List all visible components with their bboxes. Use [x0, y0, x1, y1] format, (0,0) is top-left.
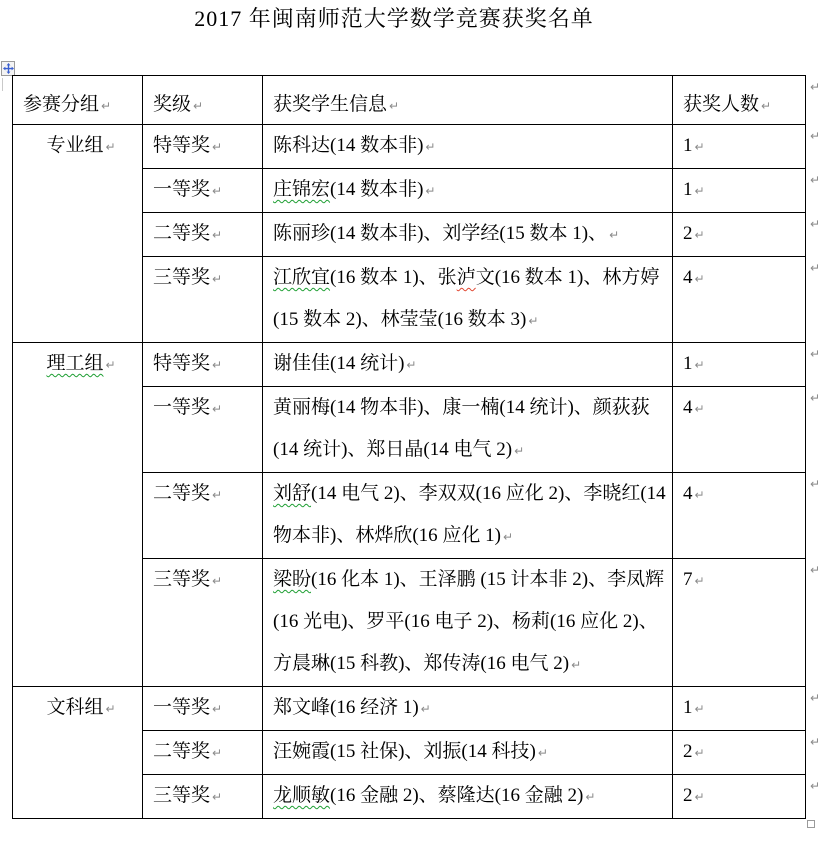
misspelled-text-red: 泸: [457, 267, 476, 288]
students-cell[interactable]: 江欣宜(16 数本 1)、张泸文(16 数本 1)、林方婷(15 数本 2)、林…: [263, 257, 673, 343]
move-arrows-icon: [3, 63, 14, 74]
cell-paragraph-mark-icon: ↵: [425, 126, 435, 168]
document-page: 2017 年闽南师范大学数学竞赛获奖名单 参赛分组↵奖级↵获奖学生信息↵获奖人数…: [0, 0, 820, 850]
end-of-row-mark-icon: ↵: [810, 348, 820, 360]
table-header-row: 参赛分组↵奖级↵获奖学生信息↵获奖人数↵: [13, 76, 806, 125]
students-cell[interactable]: 汪婉霞(15 社保)、刘振(14 科技)↵: [263, 731, 673, 775]
student-text: (14 电气 2)、李双双(16 应化 2)、李晓红(14 物本非)、林烨欣(1…: [273, 483, 666, 546]
end-of-row-mark-icon: ↵: [810, 392, 820, 404]
students-cell[interactable]: 庄锦宏(14 数本非)↵: [263, 169, 673, 213]
cell-paragraph-mark-icon: ↵: [425, 170, 435, 212]
group-name: 专业组: [46, 135, 103, 156]
count-cell[interactable]: 1↵: [673, 687, 806, 731]
award-level: 二等奖: [153, 741, 210, 762]
award-level: 特等奖: [153, 135, 210, 156]
column-header-3[interactable]: 获奖人数↵: [673, 76, 806, 125]
cell-paragraph-mark-icon: ↵: [105, 126, 115, 168]
cell-paragraph-mark-icon: ↵: [695, 776, 705, 818]
column-header-1[interactable]: 奖级↵: [143, 76, 263, 125]
award-cell[interactable]: 三等奖↵: [143, 257, 263, 343]
cell-paragraph-mark-icon: ↵: [212, 732, 222, 774]
award-cell[interactable]: 二等奖↵: [143, 731, 263, 775]
winner-count: 4: [683, 267, 693, 288]
cell-paragraph-mark-icon: ↵: [695, 170, 705, 212]
document-title[interactable]: 2017 年闽南师范大学数学竞赛获奖名单: [0, 4, 790, 34]
count-cell[interactable]: 4↵: [673, 473, 806, 559]
page-margin-mark: [2, 78, 3, 91]
cell-paragraph-mark-icon: ↵: [421, 688, 431, 730]
students-cell[interactable]: 梁盼(16 化本 1)、王泽鹏 (15 计本非 2)、李凤辉(16 光电)、罗平…: [263, 559, 673, 687]
cell-paragraph-mark-icon: ↵: [695, 688, 705, 730]
cell-paragraph-mark-icon: ↵: [212, 560, 222, 602]
award-cell[interactable]: 二等奖↵: [143, 473, 263, 559]
award-cell[interactable]: 特等奖↵: [143, 343, 263, 387]
column-header-0[interactable]: 参赛分组↵: [13, 76, 143, 125]
cell-paragraph-mark-icon: ↵: [571, 644, 581, 686]
cell-paragraph-mark-icon: ↵: [212, 258, 222, 300]
award-level: 二等奖: [153, 223, 210, 244]
students-cell[interactable]: 陈丽珍(14 数本非)、刘学经(15 数本 1)、↵: [263, 213, 673, 257]
misspelled-text-green: 庄锦宏: [273, 179, 330, 200]
students-cell[interactable]: 郑文峰(16 经济 1)↵: [263, 687, 673, 731]
students-cell[interactable]: 黄丽梅(14 物本非)、康一楠(14 统计)、颜荻荻(14 统计)、郑日晶(14…: [263, 387, 673, 473]
students-cell[interactable]: 龙顺敏(16 金融 2)、蔡隆达(16 金融 2)↵: [263, 775, 673, 819]
column-header-text: 获奖人数: [683, 94, 759, 115]
count-cell[interactable]: 2↵: [673, 731, 806, 775]
student-text: 郑文峰(16 经济 1): [273, 697, 419, 718]
column-header-text: 获奖学生信息: [273, 94, 387, 115]
misspelled-text-green: 龙顺敏: [273, 785, 330, 806]
count-cell[interactable]: 2↵: [673, 213, 806, 257]
misspelled-text-green: 刘舒: [273, 483, 311, 504]
group-cell[interactable]: 理工组↵: [13, 343, 143, 687]
cell-paragraph-mark-icon: ↵: [609, 214, 619, 256]
count-cell[interactable]: 4↵: [673, 387, 806, 473]
table-row: 文科组↵一等奖↵郑文峰(16 经济 1)↵1↵: [13, 687, 806, 731]
misspelled-text-green: 江欣宜: [273, 267, 330, 288]
students-cell[interactable]: 陈科达(14 数本非)↵: [263, 125, 673, 169]
award-level: 一等奖: [153, 397, 210, 418]
column-header-text: 奖级: [153, 94, 191, 115]
end-of-row-mark-icon: ↵: [810, 218, 820, 230]
winner-count: 2: [683, 741, 693, 762]
cell-paragraph-mark-icon: ↵: [695, 388, 705, 430]
group-cell[interactable]: 文科组↵: [13, 687, 143, 819]
table-row: 专业组↵特等奖↵陈科达(14 数本非)↵1↵: [13, 125, 806, 169]
cell-paragraph-mark-icon: ↵: [514, 430, 524, 472]
cell-paragraph-mark-icon: ↵: [695, 560, 705, 602]
winner-count: 1: [683, 353, 693, 374]
group-cell[interactable]: 专业组↵: [13, 125, 143, 343]
student-text: (16 化本 1)、王泽鹏 (15 计本非 2)、李凤辉(16 光电)、罗平(1…: [273, 569, 664, 674]
end-of-row-mark-icon: ↵: [810, 478, 820, 490]
count-cell[interactable]: 2↵: [673, 775, 806, 819]
end-of-row-mark-icon: ↵: [810, 564, 820, 576]
cell-paragraph-mark-icon: ↵: [695, 344, 705, 386]
cell-paragraph-mark-icon: ↵: [389, 99, 399, 113]
winner-count: 7: [683, 569, 693, 590]
cell-paragraph-mark-icon: ↵: [212, 388, 222, 430]
student-text: (14 数本非): [330, 179, 423, 200]
table-move-handle[interactable]: [1, 61, 15, 76]
end-of-row-mark-icon: ↵: [810, 130, 820, 142]
award-cell[interactable]: 一等奖↵: [143, 169, 263, 213]
winner-count: 1: [683, 697, 693, 718]
cell-paragraph-mark-icon: ↵: [212, 214, 222, 256]
cell-paragraph-mark-icon: ↵: [503, 516, 513, 558]
winner-count: 1: [683, 135, 693, 156]
cell-paragraph-mark-icon: ↵: [212, 688, 222, 730]
winner-count: 2: [683, 785, 693, 806]
award-cell[interactable]: 一等奖↵: [143, 387, 263, 473]
cell-paragraph-mark-icon: ↵: [695, 258, 705, 300]
cell-paragraph-mark-icon: ↵: [406, 344, 416, 386]
student-text: 陈丽珍(14 数本非)、刘学经(15 数本 1)、: [273, 223, 607, 244]
student-text: 汪婉霞(15 社保)、刘振(14 科技): [273, 741, 536, 762]
cell-paragraph-mark-icon: ↵: [761, 99, 771, 113]
document-title-text: 2017 年闽南师范大学数学竞赛获奖名单: [194, 6, 594, 31]
misspelled-text-green: 梁盼: [273, 569, 311, 590]
count-cell[interactable]: 4↵: [673, 257, 806, 343]
end-of-row-mark-icon: ↵: [810, 736, 820, 748]
award-level: 一等奖: [153, 697, 210, 718]
award-level: 特等奖: [153, 353, 210, 374]
awards-table-wrap: 参赛分组↵奖级↵获奖学生信息↵获奖人数↵专业组↵特等奖↵陈科达(14 数本非)↵…: [12, 75, 805, 819]
cell-paragraph-mark-icon: ↵: [105, 344, 115, 386]
student-text: 黄丽梅(14 物本非)、康一楠(14 统计)、颜荻荻(14 统计)、郑日晶(14…: [273, 397, 650, 460]
column-header-text: 参赛分组: [23, 94, 99, 115]
winner-count: 4: [683, 397, 693, 418]
end-of-row-mark-icon: ↵: [810, 692, 820, 704]
winner-count: 4: [683, 483, 693, 504]
student-text: 陈科达(14 数本非): [273, 135, 423, 156]
end-of-row-mark-icon: ↵: [810, 174, 820, 186]
cell-paragraph-mark-icon: ↵: [695, 214, 705, 256]
table-resize-handle[interactable]: [807, 820, 815, 828]
students-cell[interactable]: 刘舒(14 电气 2)、李双双(16 应化 2)、李晓红(14 物本非)、林烨欣…: [263, 473, 673, 559]
cell-paragraph-mark-icon: ↵: [695, 474, 705, 516]
award-level: 三等奖: [153, 785, 210, 806]
award-level: 三等奖: [153, 569, 210, 590]
count-cell[interactable]: 1↵: [673, 343, 806, 387]
award-level: 二等奖: [153, 483, 210, 504]
winner-count: 2: [683, 223, 693, 244]
cell-paragraph-mark-icon: ↵: [538, 732, 548, 774]
group-name: 文科组: [46, 697, 103, 718]
column-header-2[interactable]: 获奖学生信息↵: [263, 76, 673, 125]
cell-paragraph-mark-icon: ↵: [193, 99, 203, 113]
table-row: 理工组↵特等奖↵谢佳佳(14 统计)↵1↵: [13, 343, 806, 387]
cell-paragraph-mark-icon: ↵: [585, 776, 595, 818]
award-level: 三等奖: [153, 267, 210, 288]
award-cell[interactable]: 三等奖↵: [143, 775, 263, 819]
awards-table: 参赛分组↵奖级↵获奖学生信息↵获奖人数↵专业组↵特等奖↵陈科达(14 数本非)↵…: [12, 75, 806, 819]
cell-paragraph-mark-icon: ↵: [212, 170, 222, 212]
winner-count: 1: [683, 179, 693, 200]
students-cell[interactable]: 谢佳佳(14 统计)↵: [263, 343, 673, 387]
end-of-row-mark-icon: ↵: [810, 262, 820, 274]
cell-paragraph-mark-icon: ↵: [695, 732, 705, 774]
cell-paragraph-mark-icon: ↵: [528, 300, 538, 342]
award-cell[interactable]: 三等奖↵: [143, 559, 263, 687]
group-name: 理工组: [46, 353, 103, 374]
student-text: 谢佳佳(14 统计): [273, 353, 404, 374]
student-text: (16 数本 1)、张: [330, 267, 457, 288]
cell-paragraph-mark-icon: ↵: [695, 126, 705, 168]
cell-paragraph-mark-icon: ↵: [101, 99, 111, 113]
end-of-row-mark-icon: ↵: [810, 81, 820, 93]
award-level: 一等奖: [153, 179, 210, 200]
award-cell[interactable]: 一等奖↵: [143, 687, 263, 731]
cell-paragraph-mark-icon: ↵: [212, 126, 222, 168]
award-cell[interactable]: 二等奖↵: [143, 213, 263, 257]
count-cell[interactable]: 1↵: [673, 125, 806, 169]
count-cell[interactable]: 1↵: [673, 169, 806, 213]
count-cell[interactable]: 7↵: [673, 559, 806, 687]
award-cell[interactable]: 特等奖↵: [143, 125, 263, 169]
cell-paragraph-mark-icon: ↵: [212, 474, 222, 516]
cell-paragraph-mark-icon: ↵: [212, 776, 222, 818]
cell-paragraph-mark-icon: ↵: [212, 344, 222, 386]
student-text: (16 金融 2)、蔡隆达(16 金融 2): [330, 785, 583, 806]
cell-paragraph-mark-icon: ↵: [105, 688, 115, 730]
end-of-row-mark-icon: ↵: [810, 780, 820, 792]
